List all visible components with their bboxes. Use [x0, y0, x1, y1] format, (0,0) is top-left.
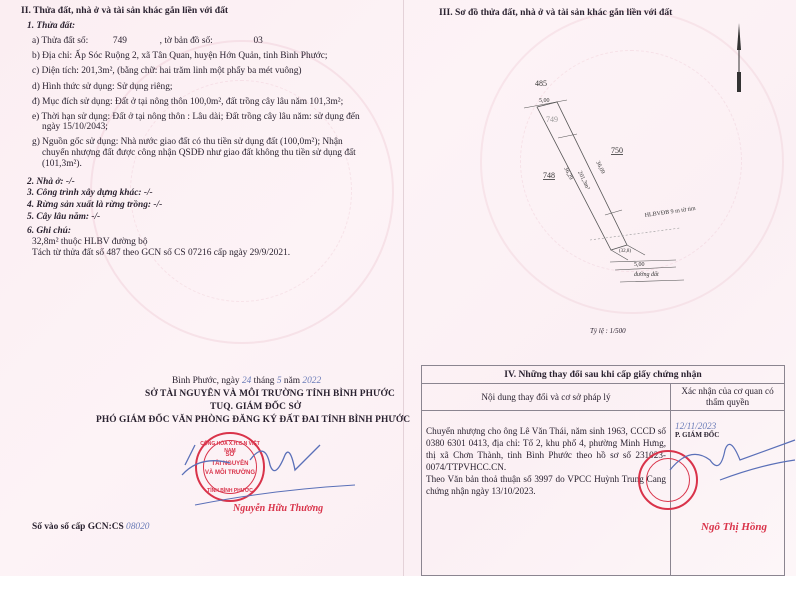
- place-date: Bình Phước, ngày 24 tháng 5 năm 2022: [172, 375, 321, 387]
- svg-text:36,09: 36,09: [594, 160, 605, 175]
- col-header-confirmation: Xác nhận của cơ quan có thẩm quyền: [671, 384, 785, 411]
- change-entry: Theo Văn bản thoả thuận số 3997 do VPCC …: [426, 473, 666, 497]
- place-date-prefix: Bình Phước, ngày: [172, 376, 240, 386]
- signer-name: Nguyễn Hữu Thương: [233, 503, 323, 514]
- month-label: tháng: [254, 376, 275, 386]
- change-content-cell: Chuyển nhượng cho ông Lê Văn Thái, năm s…: [422, 411, 671, 576]
- registry-row: Số vào sổ cấp GCN:CS 08020: [32, 521, 149, 533]
- change-entry: Chuyển nhượng cho ông Lê Văn Thái, năm s…: [426, 425, 666, 473]
- svg-text:đường đất: đường đất: [634, 271, 659, 278]
- changes-title: IV. Những thay đổi sau khi cấp giấy chứn…: [422, 366, 785, 384]
- svg-text:36,29: 36,29: [562, 166, 573, 181]
- svg-text:5,00: 5,00: [539, 98, 550, 104]
- certificate-sheet: II. Thửa đất, nhà ở và tài sản khác gắn …: [0, 0, 796, 576]
- map-scale: Tỷ lệ : 1/500: [590, 325, 626, 337]
- svg-text:HLBVĐB 9 m từ tim: HLBVĐB 9 m từ tim: [644, 206, 696, 219]
- issuing-org: SỞ TÀI NGUYÊN VÀ MÔI TRƯỜNG TỈNH BÌNH PH…: [145, 388, 395, 400]
- confirmation-signature: [660, 430, 796, 510]
- svg-text:485: 485: [535, 79, 547, 88]
- svg-text:5,00: 5,00: [634, 262, 645, 268]
- svg-text:(32,8): (32,8): [619, 249, 631, 254]
- sign-year: 2022: [302, 376, 321, 386]
- confirm-signer: Ngô Thị Hồng: [701, 521, 767, 533]
- year-label: năm: [284, 376, 300, 386]
- parcel-map: 485 5,00 749 750 748 36,09 36,29 201,3m²…: [0, 0, 796, 360]
- svg-text:748: 748: [543, 171, 555, 180]
- svg-text:750: 750: [611, 146, 623, 155]
- svg-text:201,3m²: 201,3m²: [576, 170, 590, 191]
- col-header-content: Nội dung thay đổi và cơ sở pháp lý: [422, 384, 671, 411]
- registry-label: Số vào sổ cấp GCN:CS: [32, 522, 124, 532]
- signer-title: PHÓ GIÁM ĐỐC VĂN PHÒNG ĐĂNG KÝ ĐẤT ĐAI T…: [96, 414, 410, 426]
- authority-line: TUQ. GIÁM ĐỐC SỞ: [210, 401, 301, 413]
- sign-day: 24: [242, 376, 251, 386]
- sign-month: 5: [277, 376, 282, 386]
- parcel-map-drawing: 485 5,00 749 750 748 36,09 36,29 201,3m²…: [0, 0, 796, 360]
- svg-text:749: 749: [546, 115, 558, 124]
- registry-number: 08020: [126, 522, 149, 532]
